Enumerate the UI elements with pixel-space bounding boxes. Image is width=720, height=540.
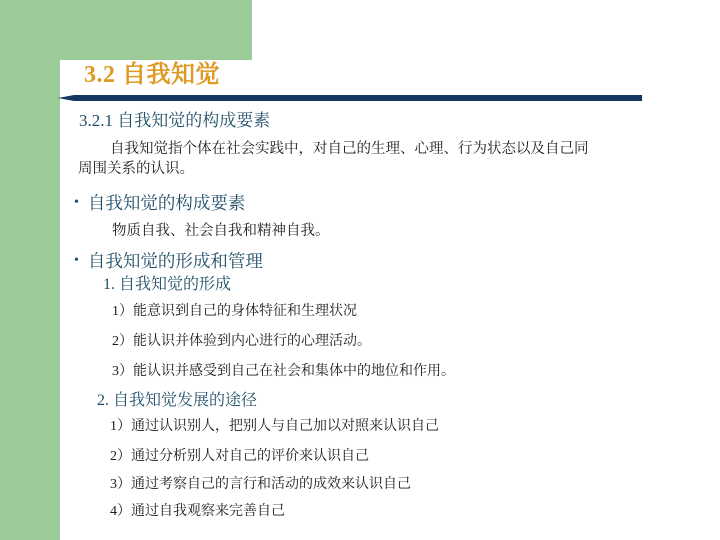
formation-item-1: 1）能意识到自己的身体特征和生理状况 xyxy=(112,303,357,320)
formation-item-3: 3）能认识并感受到自己在社会和集体中的地位和作用。 xyxy=(112,363,455,380)
intro-line-2: 周围关系的认识。 xyxy=(78,160,194,178)
bullet-components-label: 自我知觉的构成要素 xyxy=(88,193,246,213)
bullet-formation-label: 自我知觉的形成和管理 xyxy=(88,251,263,271)
development-item-1: 1）通过认识别人，把别人与自己加以对照来认识自己 xyxy=(110,418,439,435)
green-top-block xyxy=(0,0,252,60)
intro-line-1: 自我知觉指个体在社会实践中，对自己的生理、心理、行为状态以及自己同 xyxy=(110,140,589,158)
bullet-dot-icon: • xyxy=(74,251,79,271)
green-left-sidebar xyxy=(0,0,60,540)
bullet-dot-icon: • xyxy=(74,193,79,213)
presentation-slide: 3.2 自我知觉 3.2.1 自我知觉的构成要素 自我知觉指个体在社会实践中，对… xyxy=(0,0,720,540)
title-divider-line xyxy=(58,95,642,101)
formation-item-2: 2）能认识并体验到内心进行的心理活动。 xyxy=(112,333,371,350)
sub-heading-formation: 1. 自我知觉的形成 xyxy=(103,275,231,294)
bullet-formation: • 自我知觉的形成和管理 xyxy=(74,251,263,271)
development-item-3: 3）通过考察自己的言行和活动的成效来认识自己 xyxy=(110,476,411,493)
bullet-components-body: 物质自我、社会自我和精神自我。 xyxy=(112,222,330,240)
slide-title: 3.2 自我知觉 xyxy=(84,61,220,89)
sub-heading-development: 2. 自我知觉发展的途径 xyxy=(97,391,257,410)
development-item-4: 4）通过自我观察来完善自己 xyxy=(110,503,285,520)
section-heading: 3.2.1 自我知觉的构成要素 xyxy=(79,106,270,131)
content-panel xyxy=(60,60,720,540)
development-item-2: 2）通过分析别人对自己的评价来认识自己 xyxy=(110,448,369,465)
bullet-components: • 自我知觉的构成要素 xyxy=(74,193,245,213)
